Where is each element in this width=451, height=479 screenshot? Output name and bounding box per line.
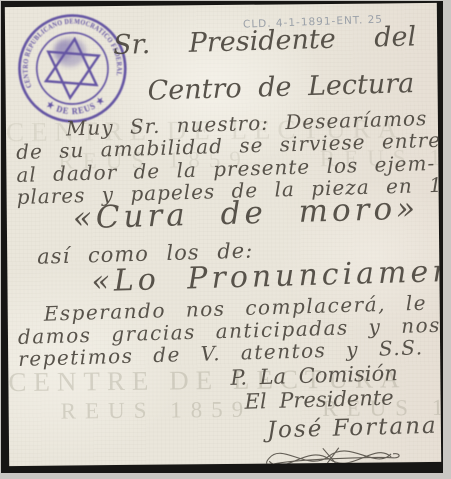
document-scan: CENTRE DE LECTURACENTRE DE LECTURA REUS … — [0, 0, 451, 479]
scan-dark-border: CENTRE DE LECTURACENTRE DE LECTURA REUS … — [1, 1, 443, 473]
signature-name: José Fortana — [267, 413, 439, 444]
signature-flourish-icon — [263, 441, 404, 466]
signature-role-2: El Presidente — [244, 386, 394, 414]
salutation-line-2: Centro de Lectura — [147, 68, 415, 107]
letter-paper: CENTRE DE LECTURACENTRE DE LECTURA REUS … — [5, 3, 441, 466]
republican-club-stamp-icon: CENTRO REPUBLICANO DEMOCRATICO FEDERAL ★… — [13, 10, 134, 129]
salutation-line-1: Sr. Presidente del — [113, 21, 417, 61]
